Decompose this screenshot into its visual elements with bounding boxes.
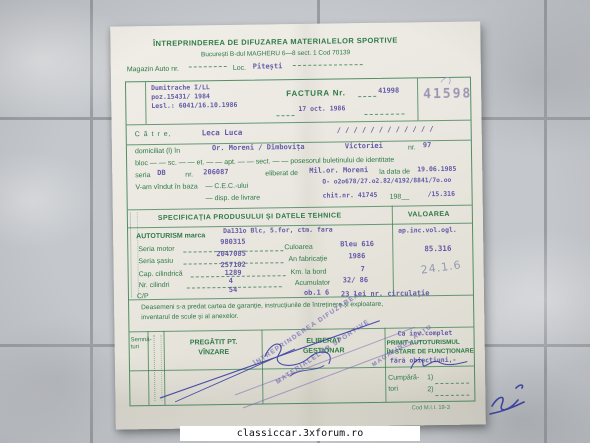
an-label: An fabricație (288, 256, 327, 265)
cumparatori-label-1: Cumpără- (388, 374, 419, 382)
company-name: ÎNTREPRINDEREA DE DIFUZAREA MATERIALELOR… (110, 36, 440, 49)
magazin-blank (189, 59, 227, 68)
disp-extra: /15.316 (428, 191, 456, 199)
an-value: 1986 (348, 253, 365, 261)
pen-scribble-on-tile (482, 378, 542, 423)
ref-line2: poz.15431/ 1984 (151, 93, 210, 101)
factura-date: 17 oct. 1986 (298, 105, 345, 113)
loc-value: Pitești (253, 63, 283, 71)
seria-nr-label: nr. (185, 171, 193, 179)
marca-value2: ap.inc.vol.ogl. (398, 227, 457, 235)
domiciliat-city: Or. Moreni / Dîmbovița (212, 144, 305, 153)
pencil-note: 24.1.6 (420, 259, 462, 275)
photo-of-invoice-on-tiles: ÎNTREPRINDEREA DE DIFUZAREA MATERIALELOR… (0, 0, 590, 443)
catre-label: C ă t r e, (135, 131, 172, 140)
company-address: București B-dul MAGHERU 6—8 sect. 1 Cod … (111, 48, 441, 60)
ref-line1: Dumitrache I/LL (151, 84, 210, 92)
motor-label: Seria motor (138, 246, 174, 255)
form-code: Cod M.I.I. 19-3 (412, 405, 450, 412)
buyer-name: Leca Luca (202, 129, 243, 138)
km-label: Km. la bord (291, 269, 327, 278)
nr-value: 97 (423, 142, 432, 150)
rule (392, 206, 394, 296)
marca-label: AUTOTURISM marca (136, 232, 205, 241)
total-value: 85.316 (424, 245, 451, 254)
invoice-paper: ÎNTREPRINDEREA DE DIFUZAREA MATERIALELOR… (110, 21, 486, 429)
acc-label: Acumulator (295, 280, 331, 289)
primit-typed-bottom: fără obiecțiuni,- (390, 357, 457, 365)
buletin-nr-value: 206087 (203, 169, 228, 177)
cap-label: Cap. cilindrică (139, 271, 183, 280)
factura-number: 41998 (378, 88, 399, 96)
margin-micro-text2 (154, 335, 163, 401)
rule (145, 82, 147, 124)
nr-label: nr. (408, 144, 416, 152)
la-data-label: la data de (379, 168, 410, 176)
factura-blank (358, 89, 376, 97)
margin-micro-text (130, 212, 139, 297)
cec-label: — C.E.C.-ului (205, 183, 248, 192)
watermark: classiccar.3xforum.ro (180, 426, 420, 441)
seria-label: seria (135, 172, 150, 180)
cil-label: Nr. cilindri (139, 282, 170, 290)
watermark-text: classiccar.3xforum.ro (237, 429, 363, 439)
disp-value: chit.nr. 41745 (323, 192, 378, 200)
value-header: VALOAREA (408, 211, 450, 220)
culoare-value: Bleu 616 (340, 241, 374, 249)
la-data-value: 19.06.1985 (417, 166, 456, 174)
date-dash (276, 108, 294, 116)
catre-slashes: / / / / / / / / / / / / (337, 126, 434, 135)
stamped-invoice-number: 41598 (423, 88, 472, 102)
acc-value: 32/ 86 (343, 277, 368, 285)
sasiu-label: Seria șasiu (138, 258, 173, 267)
disp-year: 198__ (390, 193, 410, 201)
form-border: Dumitrache I/LL poz.15431/ 1984 Lesl.: 6… (125, 77, 476, 407)
note-line2: inventarul de scule și al anexelor. (141, 313, 238, 322)
ref-line3: Lesl.: 6041/16.10.1986 (151, 102, 237, 110)
magazin-label: Magazin Auto nr. (127, 66, 179, 75)
buyer-1-label: 1) (427, 374, 433, 382)
pregatit-cell-line1: PREGĂTIT PT. (166, 339, 262, 348)
spec-header: SPECIFICAȚIA PRODUSULUI ȘI DATELE TEHNIC… (158, 212, 342, 223)
seria-value: DB (157, 170, 166, 178)
culoare-label: Culoarea (284, 244, 313, 252)
eliberat-de-value: Mil.or. Moreni (309, 167, 368, 176)
sig-blank-1 (435, 376, 469, 384)
vindut-label: V-am vîndut în baza (135, 183, 197, 192)
rule (128, 205, 472, 211)
km-value: 7 (361, 266, 365, 274)
street-value: Victoriei (345, 143, 383, 151)
leader (191, 268, 286, 277)
pregatit-cell-line2: VÎNZARE (166, 349, 262, 358)
disp-label: — disp. de livrare (206, 195, 261, 204)
buyer-2-label: 2) (427, 386, 433, 394)
domiciliat-label: domiciliat (l) în (135, 148, 180, 157)
date-dash (364, 107, 404, 116)
semnaturi-label: Semnă- turi (131, 337, 148, 352)
cec-value: O- o2o678/27.o2.82/4192/8841/7o.oo (322, 178, 451, 187)
eliberat-de-label: eliberat de (265, 170, 298, 179)
loc-label: Loc. (233, 65, 246, 73)
loc-blank (293, 57, 363, 66)
rule (417, 78, 419, 120)
cp-value: 54 (229, 287, 238, 295)
marca-value: Da131o Blc, 5.for, ctm. fara (223, 227, 333, 236)
cumparatori-label-2: tori (388, 386, 398, 394)
sig-blank-2 (435, 388, 469, 396)
factura-label: FACTURA Nr. (286, 88, 346, 98)
